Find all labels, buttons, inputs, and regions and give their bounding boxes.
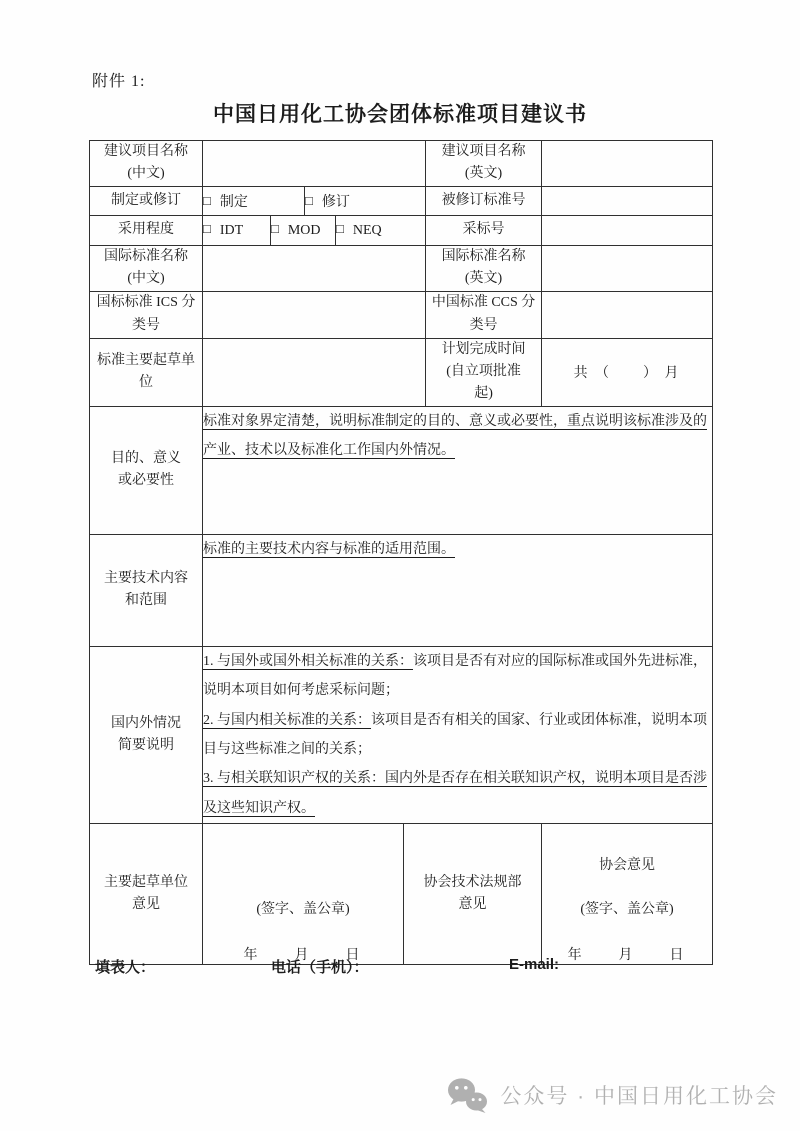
revised-standard-no-value xyxy=(542,186,713,215)
option-formulate-label: 制定 xyxy=(220,195,248,210)
situation-item-1: 1. 与国外或国外相关标准的关系：该项目是否有对应的国际标准或国外先进标准，说明… xyxy=(203,647,712,706)
label-adoption-degree: 采用程度 xyxy=(90,215,203,245)
option-neq: □NEQ xyxy=(336,215,426,245)
purpose-significance-content: 标准对象界定清楚，说明标准制定的目的、意义或必要性，重点说明该标准涉及的产业、技… xyxy=(203,406,713,534)
label-project-name-en: 建议项目名称 (英文) xyxy=(426,141,542,187)
intl-standard-name-en-value xyxy=(542,245,713,291)
label-adopted-standard-no: 采标号 xyxy=(426,215,542,245)
label-revised-standard-no: 被修订标准号 xyxy=(426,186,542,215)
intl-standard-name-cn-value xyxy=(203,245,426,291)
label-main-technical-content: 主要技术内容 和范围 xyxy=(90,534,203,646)
sign-seal-note: (签字、盖公章) xyxy=(203,898,403,918)
phone-label: 电话（手机）： xyxy=(271,956,369,977)
planned-duration-value: 共 （ ） 月 xyxy=(542,338,713,406)
option-idt: □IDT xyxy=(203,215,271,245)
main-drafting-unit-value xyxy=(203,338,426,406)
sign-seal-note: (签字、盖公章) xyxy=(542,898,712,918)
situation-item-2: 2. 与国内相关标准的关系：该项目是否有相关的国家、行业或团体标准，说明本项目与… xyxy=(203,706,712,765)
option-mod-label: MOD xyxy=(288,223,321,238)
option-idt-label: IDT xyxy=(220,223,243,238)
label-project-name-cn: 建议项目名称 (中文) xyxy=(90,141,203,187)
label-ics-class-no: 国标标准 ICS 分 类号 xyxy=(90,291,203,338)
page-title: 中国日用化工协会团体标准项目建议书 xyxy=(0,98,800,128)
project-name-cn-value xyxy=(203,141,426,187)
label-intl-standard-name-en: 国际标准名称 (英文) xyxy=(426,245,542,291)
form-footer: 填表人： 电话（手机）： E-mail: xyxy=(89,956,711,978)
wechat-watermark: 公众号 · 中国日用化工协会 xyxy=(446,1074,778,1116)
proposal-form-table: 建议项目名称 (中文) 建议项目名称 (英文) 制定或修订 □制定 □修订 被修… xyxy=(89,140,713,965)
label-dept-opinion: 协会技术法规部 意见 xyxy=(404,824,542,965)
adopted-standard-no-value xyxy=(542,215,713,245)
checkbox-revise-icon: □ xyxy=(305,193,313,209)
label-main-drafting-unit: 标准主要起草单 位 xyxy=(90,338,203,406)
watermark-text: 公众号 · 中国日用化工协会 xyxy=(500,1080,778,1110)
main-technical-content: 标准的主要技术内容与标准的适用范围。 xyxy=(203,534,713,646)
checkbox-neq-icon: □ xyxy=(336,221,344,237)
option-neq-label: NEQ xyxy=(353,223,382,238)
option-revise-label: 修订 xyxy=(322,195,350,210)
project-name-en-value xyxy=(542,141,713,187)
option-mod: □MOD xyxy=(271,215,336,245)
domestic-foreign-situation-content: 1. 与国外或国外相关标准的关系：该项目是否有对应的国际标准或国外先进标准，说明… xyxy=(203,646,713,823)
label-purpose-significance: 目的、意义 或必要性 xyxy=(90,406,203,534)
label-intl-standard-name-cn: 国际标准名称 (中文) xyxy=(90,245,203,291)
label-ccs-class-no: 中国标准 CCS 分 类号 xyxy=(426,291,542,338)
drafting-unit-opinion-cell: (签字、盖公章) 年 月 日 xyxy=(203,824,404,965)
option-formulate: □制定 xyxy=(203,186,305,215)
email-label: E-mail: xyxy=(509,956,559,973)
checkbox-idt-icon: □ xyxy=(203,221,211,237)
label-planned-completion-time: 计划完成时间 (自立项批准 起) xyxy=(426,338,542,406)
attachment-label: 附件 1: xyxy=(92,68,145,91)
option-revise: □修订 xyxy=(305,186,426,215)
ics-class-no-value xyxy=(203,291,426,338)
wechat-icon xyxy=(446,1077,488,1113)
label-drafting-unit-opinion: 主要起草单位 意见 xyxy=(90,824,203,965)
filler-label: 填表人： xyxy=(95,956,155,977)
association-opinion-title: 协会意见 xyxy=(542,854,712,874)
document-page: 附件 1: 中国日用化工协会团体标准项目建议书 建议项目名称 (中文) 建议项目… xyxy=(0,0,800,1131)
checkbox-formulate-icon: □ xyxy=(203,193,211,209)
ccs-class-no-value xyxy=(542,291,713,338)
association-opinion-cell: 协会意见 (签字、盖公章) 年 月 日 xyxy=(542,824,713,965)
label-domestic-foreign-situation: 国内外情况 简要说明 xyxy=(90,646,203,823)
situation-item-3: 3. 与相关联知识产权的关系：国内外是否存在相关联知识产权，说明本项目是否涉及这… xyxy=(203,764,712,823)
label-formulate-or-revise: 制定或修订 xyxy=(90,186,203,215)
checkbox-mod-icon: □ xyxy=(271,221,279,237)
